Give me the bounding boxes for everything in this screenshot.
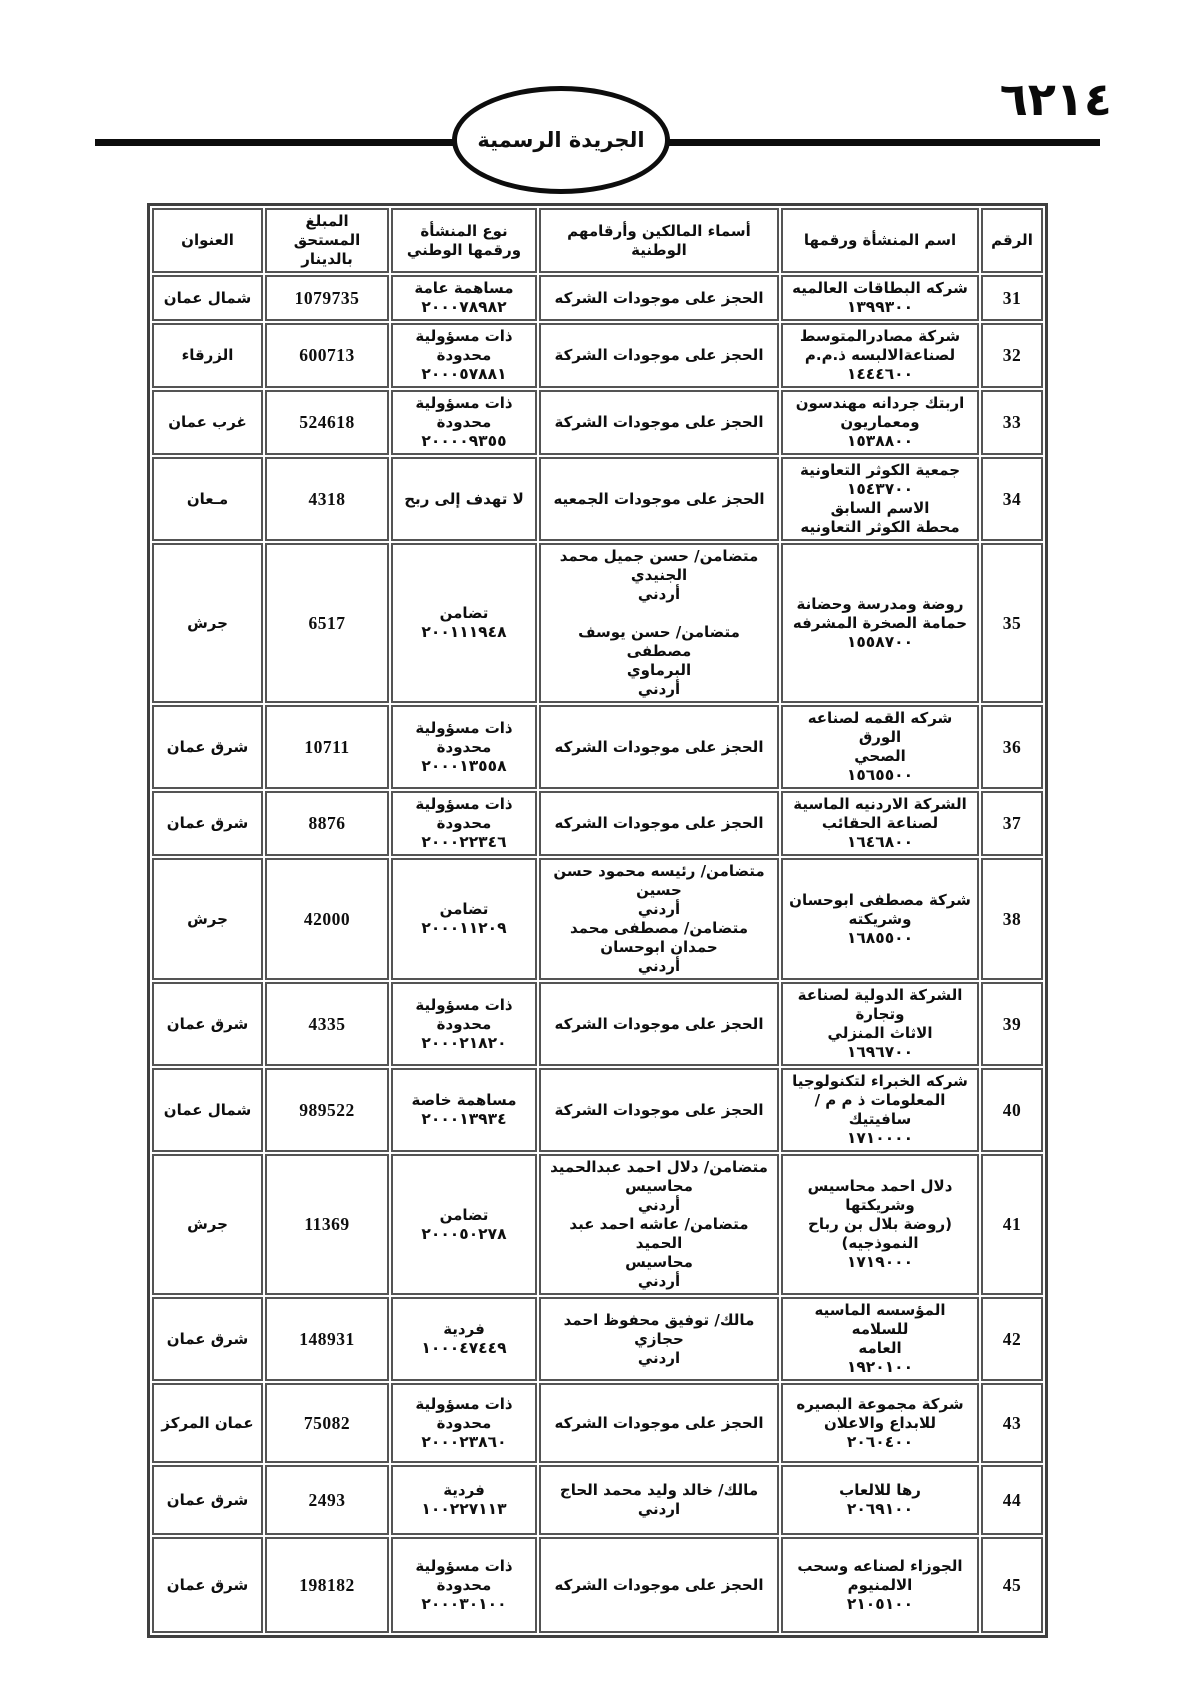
row-number-cell: 34 xyxy=(981,457,1043,541)
table-row: 42المؤسسه الماسيه للسلامهالعامه١٩٢٠١٠٠ما… xyxy=(152,1297,1043,1381)
col-header-owners: أسماء المالكين وأرقامهم الوطنية xyxy=(539,208,779,273)
table-row: 33اربتك جردانه مهندسونومعماريون١٥٣٨٨٠٠ال… xyxy=(152,390,1043,455)
address-cell: شرق عمان xyxy=(152,791,263,856)
address-cell: جرش xyxy=(152,1154,263,1295)
owners-cell: الحجز على موجودات الشركه xyxy=(539,982,779,1066)
establishment-name-cell: شركة مجموعة البصيرهللابداع والاعلان٢٠٦٠٤… xyxy=(781,1383,979,1463)
col-header-type: نوع المنشأة ورقمها الوطني xyxy=(391,208,537,273)
address-cell: غرب عمان xyxy=(152,390,263,455)
establishment-name-cell: شركة مصطفى ابوحسانوشريكته١٦٨٥٥٠٠ xyxy=(781,858,979,980)
address-cell: شرق عمان xyxy=(152,1465,263,1535)
col-header-amount: المبلغ المستحق بالدينار xyxy=(265,208,389,273)
address-cell: شرق عمان xyxy=(152,1537,263,1633)
owners-cell: الحجز على موجودات الشركه xyxy=(539,1383,779,1463)
type-cell: فردية١٠٠٠٤٧٤٤٩ xyxy=(391,1297,537,1381)
owners-cell: الحجز على موجودات الجمعيه xyxy=(539,457,779,541)
col-header-name: اسم المنشأة ورقمها xyxy=(781,208,979,273)
table-row: 37الشركة الاردنيه الماسيةلصناعة الحقائب١… xyxy=(152,791,1043,856)
amount-cell: 4318 xyxy=(265,457,389,541)
table-row: 45الجوزاء لصناعه وسحبالالمنيوم٢١٠٥١٠٠الح… xyxy=(152,1537,1043,1633)
owners-cell: الحجز على موجودات الشركة xyxy=(539,390,779,455)
amount-cell: 198182 xyxy=(265,1537,389,1633)
row-number-cell: 40 xyxy=(981,1068,1043,1152)
address-cell: مـعان xyxy=(152,457,263,541)
type-cell: ذات مسؤولية محدودة٢٠٠٠٣٠١٠٠ xyxy=(391,1537,537,1633)
row-number-cell: 43 xyxy=(981,1383,1043,1463)
owners-cell: الحجز على موجودات الشركه xyxy=(539,1537,779,1633)
table-row: 44رها للالعاب٢٠٦٩١٠٠مالك/ خالد وليد محمد… xyxy=(152,1465,1043,1535)
header-row: الرقم اسم المنشأة ورقمها أسماء المالكين … xyxy=(152,208,1043,273)
owners-cell: متضامن/ رئيسه محمود حسن حسينأردنيمتضامن/… xyxy=(539,858,779,980)
type-cell: تضامن٢٠٠٠١١٢٠٩ xyxy=(391,858,537,980)
amount-cell: 1079735 xyxy=(265,275,389,321)
owners-cell: الحجز على موجودات الشركة xyxy=(539,323,779,388)
establishment-name-cell: دلال احمد محاسيس وشريكتها(روضة بلال بن ر… xyxy=(781,1154,979,1295)
owners-cell: مالك/ خالد وليد محمد الحاجاردني xyxy=(539,1465,779,1535)
address-cell: عمان المركز xyxy=(152,1383,263,1463)
table-row: 41دلال احمد محاسيس وشريكتها(روضة بلال بن… xyxy=(152,1154,1043,1295)
establishment-name-cell: روضة ومدرسة وحضانةحمامة الصخرة المشرفه١٥… xyxy=(781,543,979,703)
type-cell: ذات مسؤولية محدودة٢٠٠٠٠٩٣٥٥ xyxy=(391,390,537,455)
establishment-name-cell: شركة مصادرالمتوسطلصناعةالالبسه ذ.م.م١٤٤٤… xyxy=(781,323,979,388)
type-cell: ذات مسؤولية محدودة٢٠٠٠٢١٨٢٠ xyxy=(391,982,537,1066)
row-number-cell: 32 xyxy=(981,323,1043,388)
owners-cell: الحجز على موجودات الشركه xyxy=(539,275,779,321)
establishment-name-cell: رها للالعاب٢٠٦٩١٠٠ xyxy=(781,1465,979,1535)
amount-cell: 524618 xyxy=(265,390,389,455)
records-table: الرقم اسم المنشأة ورقمها أسماء المالكين … xyxy=(147,203,1048,1638)
type-cell: تضامن٢٠٠١١١٩٤٨ xyxy=(391,543,537,703)
address-cell: الزرقاء xyxy=(152,323,263,388)
establishment-name-cell: شركه القمه لصناعه الورقالصحي١٥٦٥٥٠٠ xyxy=(781,705,979,789)
address-cell: جرش xyxy=(152,858,263,980)
row-number-cell: 42 xyxy=(981,1297,1043,1381)
type-cell: فردية١٠٠٢٢٧١١٣ xyxy=(391,1465,537,1535)
amount-cell: 10711 xyxy=(265,705,389,789)
establishment-name-cell: الجوزاء لصناعه وسحبالالمنيوم٢١٠٥١٠٠ xyxy=(781,1537,979,1633)
type-cell: ذات مسؤولية محدودة٢٠٠٠١٣٥٥٨ xyxy=(391,705,537,789)
type-cell: ذات مسؤولية محدودة٢٠٠٠٥٧٨٨١ xyxy=(391,323,537,388)
amount-cell: 600713 xyxy=(265,323,389,388)
amount-cell: 8876 xyxy=(265,791,389,856)
owners-cell: الحجز على موجودات الشركه xyxy=(539,791,779,856)
type-cell: تضامن٢٠٠٠٥٠٢٧٨ xyxy=(391,1154,537,1295)
address-cell: جرش xyxy=(152,543,263,703)
col-header-address: العنوان xyxy=(152,208,263,273)
address-cell: شمال عمان xyxy=(152,1068,263,1152)
owners-cell: الحجز على موجودات الشركه xyxy=(539,705,779,789)
row-number-cell: 41 xyxy=(981,1154,1043,1295)
row-number-cell: 33 xyxy=(981,390,1043,455)
type-cell: مساهمة خاصة٢٠٠٠١٣٩٣٤ xyxy=(391,1068,537,1152)
table-row: 40شركه الخبراء لتكنولوجياالمعلومات ذ م م… xyxy=(152,1068,1043,1152)
amount-cell: 4335 xyxy=(265,982,389,1066)
amount-cell: 42000 xyxy=(265,858,389,980)
address-cell: شرق عمان xyxy=(152,705,263,789)
amount-cell: 2493 xyxy=(265,1465,389,1535)
row-number-cell: 39 xyxy=(981,982,1043,1066)
establishment-name-cell: الشركة الاردنيه الماسيةلصناعة الحقائب١٦٤… xyxy=(781,791,979,856)
type-cell: مساهمة عامة٢٠٠٠٧٨٩٨٢ xyxy=(391,275,537,321)
type-cell: ذات مسؤولية محدودة٢٠٠٠٢٣٨٦٠ xyxy=(391,1383,537,1463)
table-row: 38شركة مصطفى ابوحسانوشريكته١٦٨٥٥٠٠متضامن… xyxy=(152,858,1043,980)
table-row: 32شركة مصادرالمتوسطلصناعةالالبسه ذ.م.م١٤… xyxy=(152,323,1043,388)
owners-cell: متضامن/ دلال احمد عبدالحميدمحاسيسأردنيمت… xyxy=(539,1154,779,1295)
establishment-name-cell: شركه البطاقات العالميه١٣٩٩٣٠٠ xyxy=(781,275,979,321)
page-number: ٦٢١٤ xyxy=(1000,72,1112,126)
amount-cell: 75082 xyxy=(265,1383,389,1463)
owners-cell: متضامن/ حسن جميل محمد الجنيديأردني متضام… xyxy=(539,543,779,703)
establishment-name-cell: المؤسسه الماسيه للسلامهالعامه١٩٢٠١٠٠ xyxy=(781,1297,979,1381)
amount-cell: 11369 xyxy=(265,1154,389,1295)
row-number-cell: 45 xyxy=(981,1537,1043,1633)
row-number-cell: 35 xyxy=(981,543,1043,703)
row-number-cell: 38 xyxy=(981,858,1043,980)
table-row: 34جمعية الكوثر التعاونية١٥٤٣٧٠٠الاسم الس… xyxy=(152,457,1043,541)
address-cell: شمال عمان xyxy=(152,275,263,321)
amount-cell: 148931 xyxy=(265,1297,389,1381)
col-header-number: الرقم xyxy=(981,208,1043,273)
table-row: 35روضة ومدرسة وحضانةحمامة الصخرة المشرفه… xyxy=(152,543,1043,703)
table-row: 43شركة مجموعة البصيرهللابداع والاعلان٢٠٦… xyxy=(152,1383,1043,1463)
gazette-banner-title: الجريدة الرسمية xyxy=(477,128,644,152)
owners-cell: الحجز على موجودات الشركة xyxy=(539,1068,779,1152)
gazette-banner-oval: الجريدة الرسمية xyxy=(452,86,670,194)
establishment-name-cell: شركه الخبراء لتكنولوجياالمعلومات ذ م م /… xyxy=(781,1068,979,1152)
table-row: 31شركه البطاقات العالميه١٣٩٩٣٠٠الحجز على… xyxy=(152,275,1043,321)
type-cell: لا تهدف إلى ربح xyxy=(391,457,537,541)
address-cell: شرق عمان xyxy=(152,1297,263,1381)
address-cell: شرق عمان xyxy=(152,982,263,1066)
row-number-cell: 36 xyxy=(981,705,1043,789)
establishment-name-cell: الشركة الدولية لصناعة وتجارةالاثاث المنز… xyxy=(781,982,979,1066)
table-row: 36شركه القمه لصناعه الورقالصحي١٥٦٥٥٠٠الح… xyxy=(152,705,1043,789)
establishment-name-cell: اربتك جردانه مهندسونومعماريون١٥٣٨٨٠٠ xyxy=(781,390,979,455)
amount-cell: 6517 xyxy=(265,543,389,703)
owners-cell: مالك/ توفيق محفوظ احمد حجازياردني xyxy=(539,1297,779,1381)
type-cell: ذات مسؤولية محدودة٢٠٠٠٢٢٣٤٦ xyxy=(391,791,537,856)
row-number-cell: 44 xyxy=(981,1465,1043,1535)
gazette-page: { "page": { "page_number": "٦٢١٤", "bann… xyxy=(0,0,1190,1683)
row-number-cell: 31 xyxy=(981,275,1043,321)
amount-cell: 989522 xyxy=(265,1068,389,1152)
table-row: 39الشركة الدولية لصناعة وتجارةالاثاث الم… xyxy=(152,982,1043,1066)
row-number-cell: 37 xyxy=(981,791,1043,856)
establishment-name-cell: جمعية الكوثر التعاونية١٥٤٣٧٠٠الاسم الساب… xyxy=(781,457,979,541)
records-body: 31شركه البطاقات العالميه١٣٩٩٣٠٠الحجز على… xyxy=(152,275,1043,1633)
